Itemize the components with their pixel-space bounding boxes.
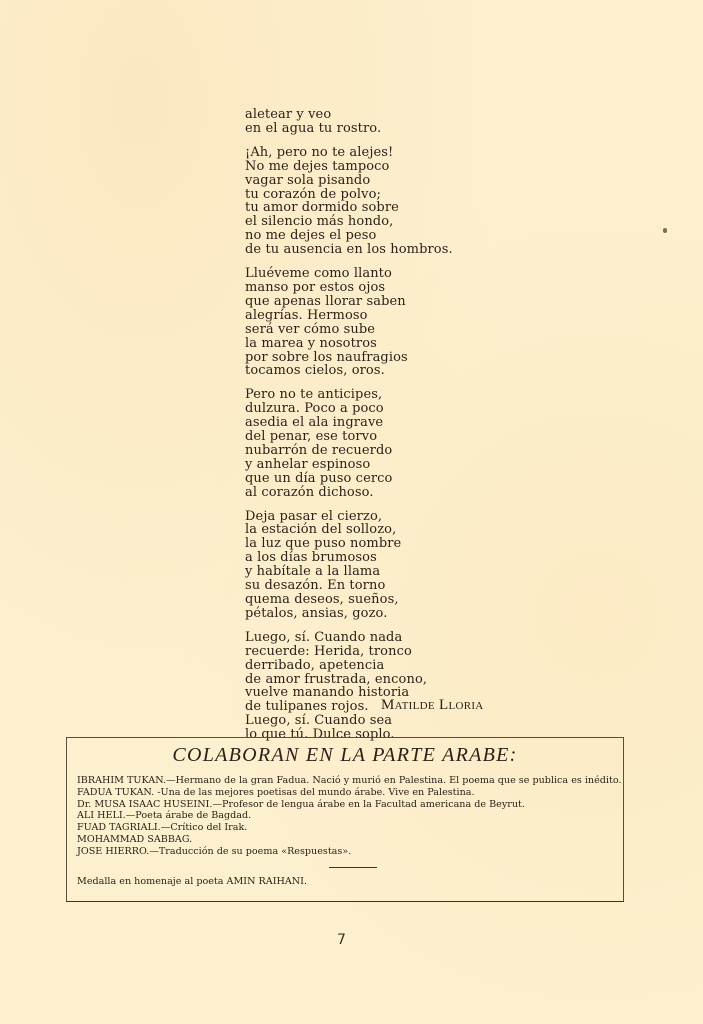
poem-line: recuerde: Herida, tronco — [245, 645, 453, 659]
stanza: aletear y veo en el agua tu rostro. — [245, 108, 453, 136]
poem-line: de tu ausencia en los hombros. — [245, 243, 453, 257]
poem-line: y anhelar espinoso — [245, 458, 453, 472]
stanza: Lluéveme como llanto manso por estos ojo… — [245, 267, 453, 378]
poem-line: derribado, apetencia — [245, 659, 453, 673]
poem-line: No me dejes tampoco — [245, 160, 453, 174]
poem-line: que un día puso cerco — [245, 472, 453, 486]
poem-line: alegrías. Hermoso — [245, 309, 453, 323]
collaborator-entry: ALI HELI.—Poeta árabe de Bagdad. — [77, 810, 622, 822]
poem: aletear y veo en el agua tu rostro. ¡Ah,… — [245, 108, 453, 752]
poem-line: y habítale a la llama — [245, 565, 453, 579]
poem-line: vagar sola pisando — [245, 174, 453, 188]
poem-line: la estación del sollozo, — [245, 523, 453, 537]
collaborator-entry: JOSE HIERRO.—Traducción de su poema «Res… — [77, 846, 622, 858]
poem-line: nubarrón de recuerdo — [245, 444, 453, 458]
author-signature: Matilde Lloria — [381, 697, 484, 714]
poem-line: al corazón dichoso. — [245, 486, 453, 500]
divider-rule — [329, 867, 377, 868]
poem-line: por sobre los naufragios — [245, 351, 453, 365]
collaborators-list: IBRAHIM TUKAN.—Hermano de la gran Fadua.… — [77, 775, 622, 858]
poem-line: Pero no te anticipes, — [245, 388, 453, 402]
poem-line: quema deseos, sueños, — [245, 593, 453, 607]
poem-line: aletear y veo — [245, 108, 453, 122]
collaborators-box: COLABORAN EN LA PARTE ARABE: IBRAHIM TUK… — [66, 737, 624, 902]
stanza: ¡Ah, pero no te alejes! No me dejes tamp… — [245, 146, 453, 257]
collaborator-entry: Dr. MUSA ISAAC HUSEINI.—Profesor de leng… — [77, 799, 622, 811]
poem-line: en el agua tu rostro. — [245, 122, 453, 136]
poem-line: no me dejes el peso — [245, 229, 453, 243]
poem-line: Luego, sí. Cuando nada — [245, 631, 453, 645]
paper-speck — [663, 228, 667, 233]
collaborator-entry: MOHAMMAD SABBAG. — [77, 834, 622, 846]
page-number: 7 — [337, 932, 346, 948]
poem-line: del penar, ese torvo — [245, 430, 453, 444]
poem-line: dulzura. Poco a poco — [245, 402, 453, 416]
poem-line: manso por estos ojos — [245, 281, 453, 295]
medal-note: Medalla en homenaje al poeta AMIN RAIHAN… — [77, 876, 307, 887]
poem-line: tu corazón de polvo; — [245, 188, 453, 202]
poem-line: el silencio más hondo, — [245, 215, 453, 229]
poem-line: la marea y nosotros — [245, 337, 453, 351]
poem-line: pétalos, ansias, gozo. — [245, 607, 453, 621]
poem-line: que apenas llorar saben — [245, 295, 453, 309]
poem-line: Deja pasar el cierzo, — [245, 510, 453, 524]
poem-line: será ver cómo sube — [245, 323, 453, 337]
poem-line: Luego, sí. Cuando sea — [245, 714, 453, 728]
collaborators-title: COLABORAN EN LA PARTE ARABE: — [67, 744, 623, 767]
poem-line: de amor frustrada, encono, — [245, 673, 453, 687]
stanza: Deja pasar el cierzo, la estación del so… — [245, 510, 453, 621]
poem-line: tu amor dormido sobre — [245, 201, 453, 215]
collaborator-entry: FADUA TUKAN. -Una de las mejores poetisa… — [77, 787, 622, 799]
collaborator-entry: IBRAHIM TUKAN.—Hermano de la gran Fadua.… — [77, 775, 622, 787]
collaborator-entry: FUAD TAGRIALI.—Crítico del Irak. — [77, 822, 622, 834]
poem-line: ¡Ah, pero no te alejes! — [245, 146, 453, 160]
poem-line: la luz que puso nombre — [245, 537, 453, 551]
stanza: Luego, sí. Cuando nada recuerde: Herida,… — [245, 631, 453, 742]
poem-line: asedia el ala ingrave — [245, 416, 453, 430]
poem-line: a los días brumosos — [245, 551, 453, 565]
poem-line: su desazón. En torno — [245, 579, 453, 593]
poem-line: tocamos cielos, oros. — [245, 364, 453, 378]
stanza: Pero no te anticipes, dulzura. Poco a po… — [245, 388, 453, 499]
poem-line: Lluéveme como llanto — [245, 267, 453, 281]
